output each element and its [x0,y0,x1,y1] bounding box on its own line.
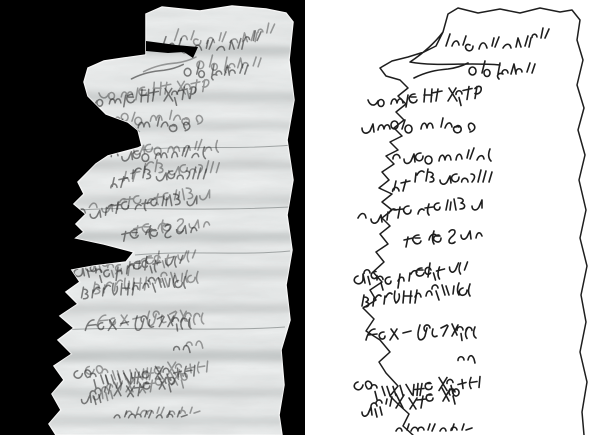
tablet-composite-graphic [0,0,609,435]
tablet-figure [0,0,609,435]
drawing-background [305,0,609,435]
drawing-panel [305,0,609,435]
photo-panel [0,0,305,435]
